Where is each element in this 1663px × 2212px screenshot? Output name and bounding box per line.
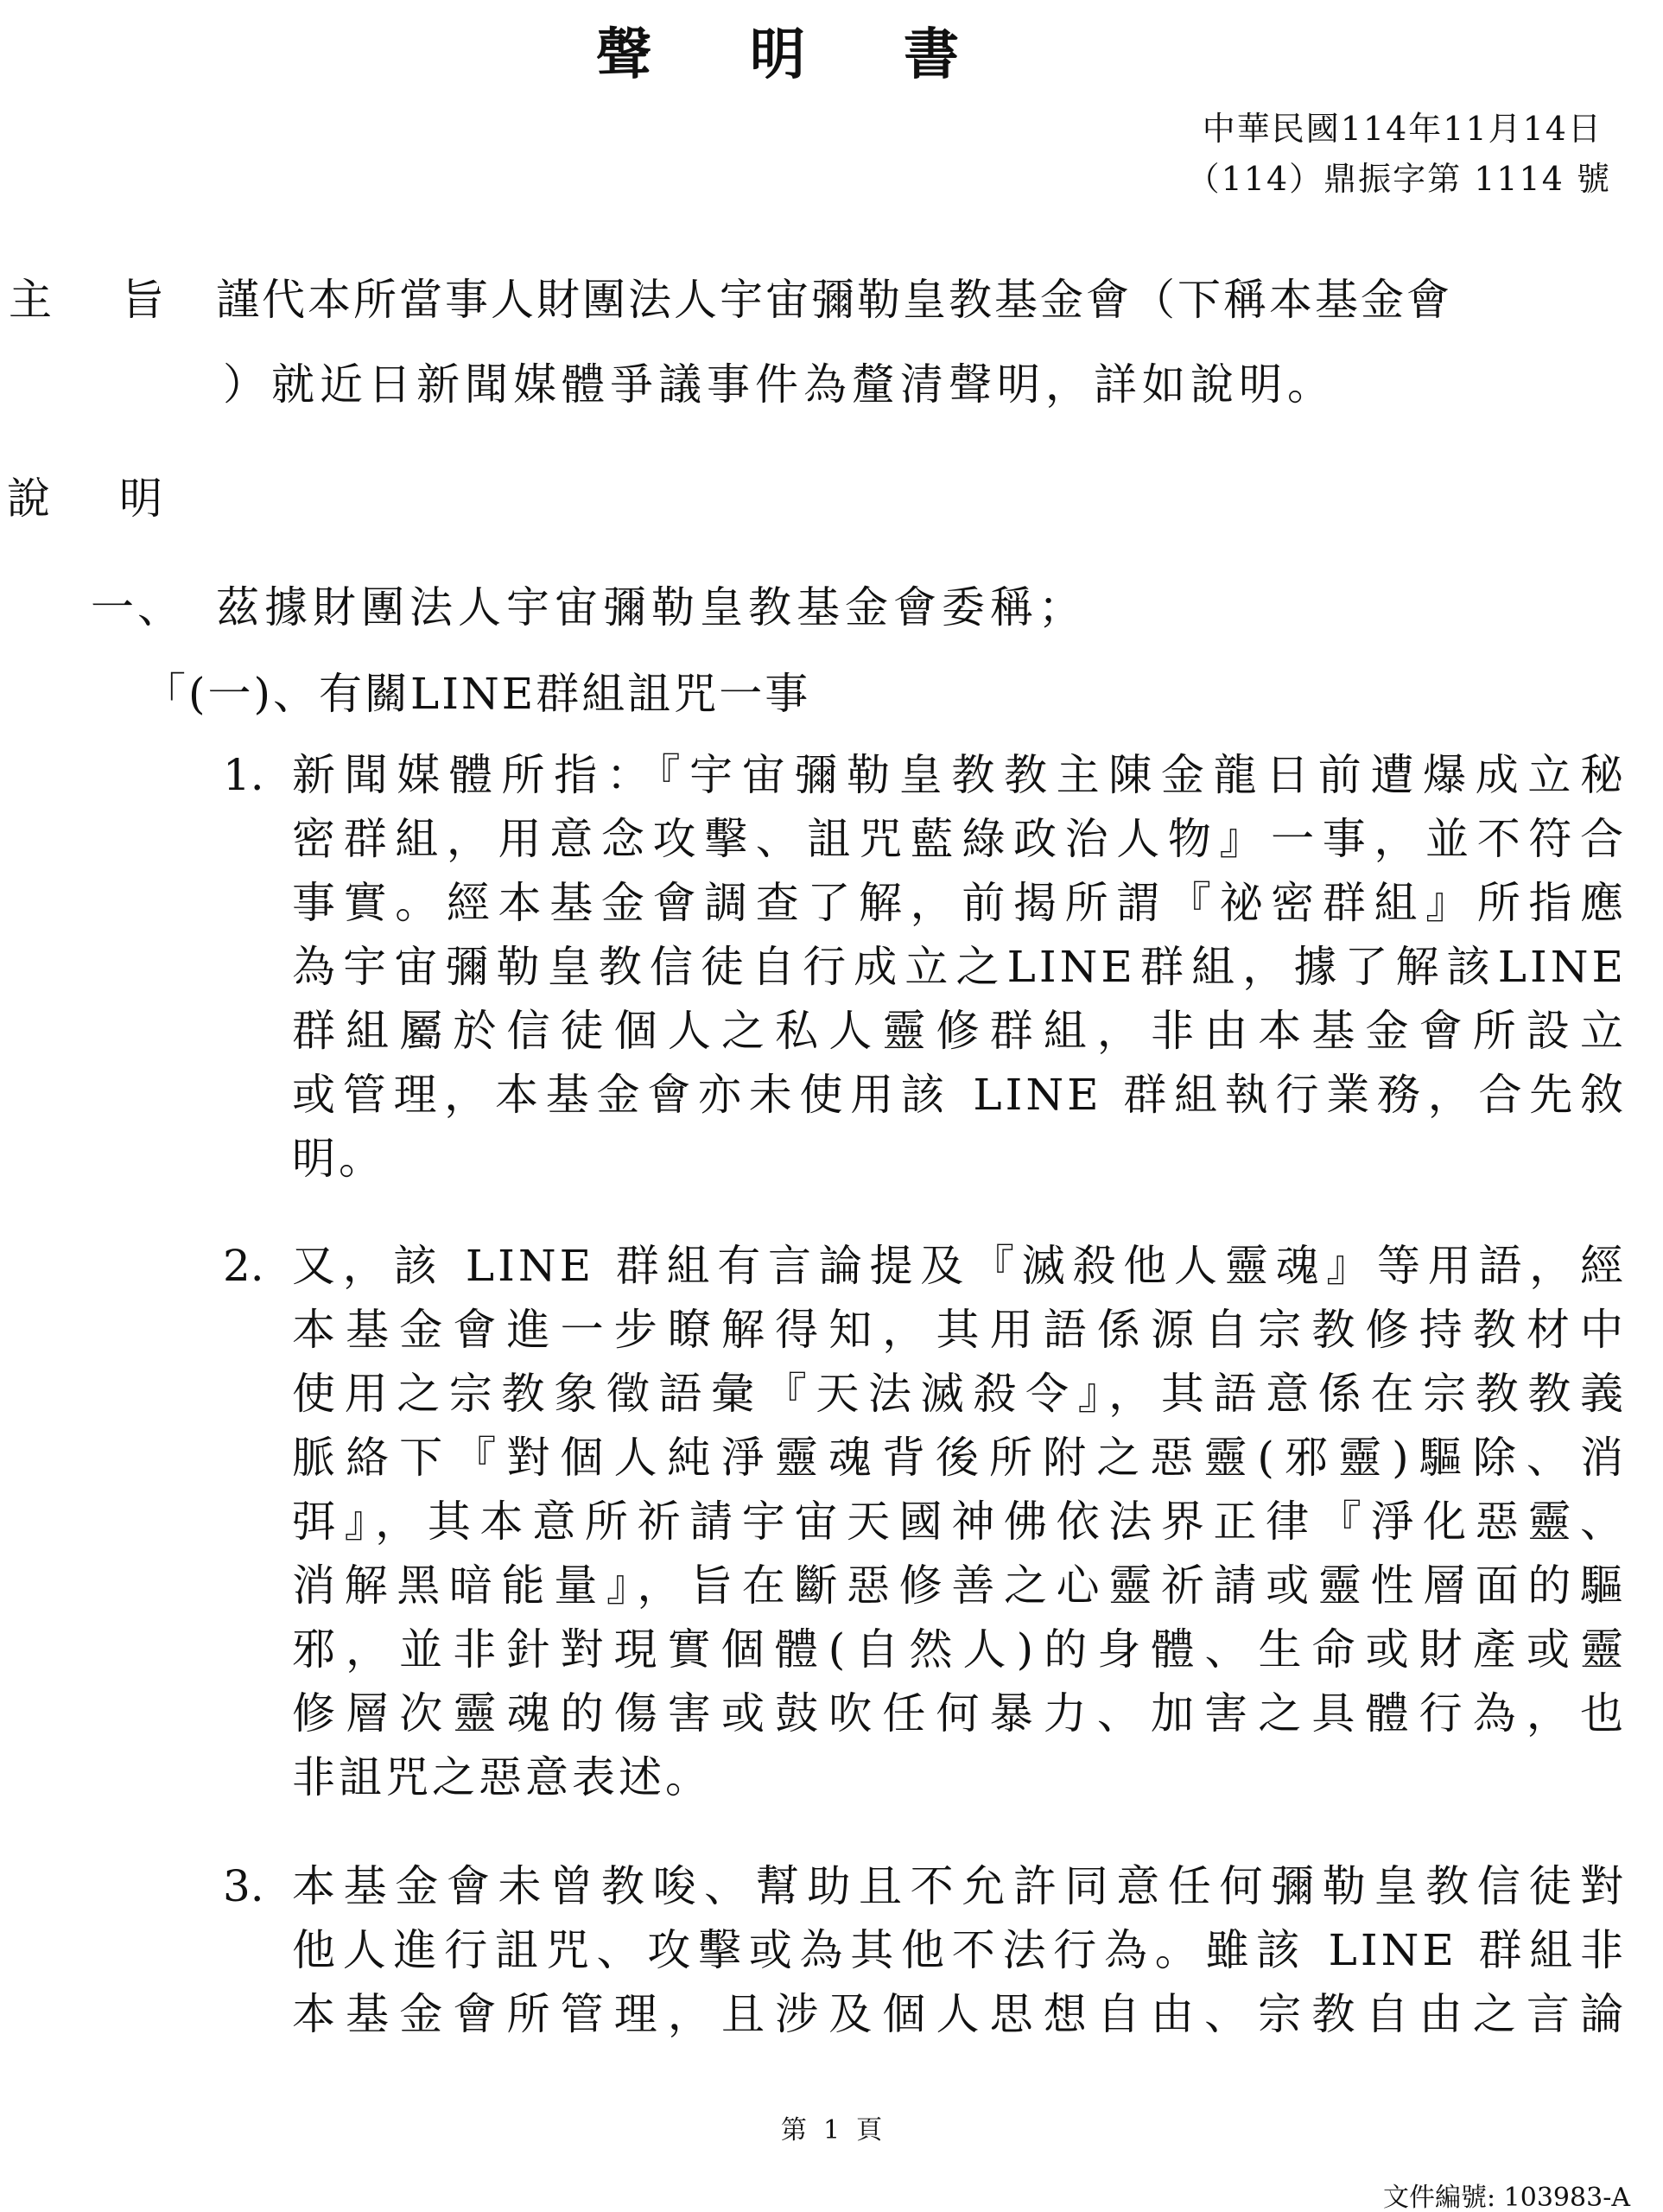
subject-label-char-1: 主 (9, 278, 52, 321)
item-2-line: 非詛咒之惡意表述。 (292, 1756, 712, 1799)
item-2-line: 弭』，其本意所祈請宇宙天國神佛依法界正律『淨化惡靈、 (292, 1500, 1627, 1543)
item-1-line: 新聞媒體所指：『宇宙彌勒皇教教主陳金龍日前遭爆成立秘 (292, 753, 1627, 797)
document-page: 聲 明 書 中華民國114年11月14日 （114）鼎振字第 1114 號 主 … (0, 0, 1663, 2212)
subject-line: ）就近日新聞媒體爭議事件為釐清聲明，詳如說明。 (223, 363, 1336, 406)
title-char: 聲 (596, 10, 651, 90)
section-one-text: 茲據財團法人宇宙彌勒皇教基金會委稱； (216, 586, 1087, 629)
title-char: 明 (750, 10, 805, 90)
item-2-line: 邪，並非針對現實個體(自然人)的身體、生命或財產或靈 (292, 1628, 1627, 1671)
item-1-line: 事實。經本基金會調查了解，前揭所謂『祕密群組』所指應 (292, 881, 1627, 925)
item-number: 1. (223, 753, 264, 797)
item-number: 2. (223, 1244, 264, 1287)
item-2-line: 修層次靈魂的傷害或鼓吹任何暴力、加害之具體行為，也 (292, 1692, 1627, 1735)
item-1-line: 群組屬於信徒個人之私人靈修群組，非由本基金會所設立 (292, 1009, 1627, 1052)
title-char: 書 (904, 10, 959, 90)
document-date: 中華民國114年11月14日 (1203, 102, 1603, 149)
item-1-line: 或管理，本基金會亦未使用該 LINE 群組執行業務，合先敘 (292, 1073, 1627, 1116)
section-one-marker: 一、 (91, 586, 184, 629)
item-3-line: 本基金會未曾教唆、幫助且不允許同意任何彌勒皇教信徒對 (292, 1865, 1627, 1908)
item-number: 3. (223, 1865, 264, 1908)
item-2-line: 消解黑暗能量』，旨在斷惡修善之心靈祈請或靈性層面的驅 (292, 1564, 1627, 1607)
item-3-line: 本基金會所管理，且涉及個人思想自由、宗教自由之言論 (292, 1993, 1627, 2036)
item-1-line: 密群組，用意念攻擊、詛咒藍綠政治人物』一事，並不符合 (292, 817, 1627, 861)
item-2-line: 又，該 LINE 群組有言論提及『滅殺他人靈魂』等用語，經 (292, 1244, 1627, 1287)
item-2-line: 本基金會進一步瞭解得知，其用語係源自宗教修持教材中 (292, 1308, 1627, 1351)
item-2-line: 使用之宗教象徵語彙『天法滅殺令』，其語意係在宗教教義 (292, 1372, 1627, 1415)
reference-number: （114）鼎振字第 1114 號 (1187, 152, 1611, 200)
page-number: 第 1 頁 (0, 2108, 1663, 2146)
document-number: 文件編號: 103983-A (1383, 2176, 1630, 2212)
explanation-label-char-2: 明 (119, 477, 162, 520)
item-1-line: 明。 (292, 1137, 385, 1180)
subsection-heading: 「(一)、有關LINE群組詛咒一事 (143, 672, 810, 715)
item-3-line: 他人進行詛咒、攻擊或為其他不法行為。雖該 LINE 群組非 (292, 1929, 1627, 1972)
explanation-label-char-1: 說 (7, 477, 50, 520)
document-title: 聲 明 書 (596, 10, 959, 90)
item-1-line: 為宇宙彌勒皇教信徒自行成立之LINE群組，據了解該LINE (292, 945, 1627, 988)
subject-label-char-2: 旨 (121, 278, 164, 321)
subject-line: 謹代本所當事人財團法人宇宙彌勒皇教基金會（下稱本基金會 (216, 278, 1452, 321)
item-2-line: 脈絡下『對個人純淨靈魂背後所附之惡靈(邪靈)驅除、消 (292, 1436, 1627, 1479)
